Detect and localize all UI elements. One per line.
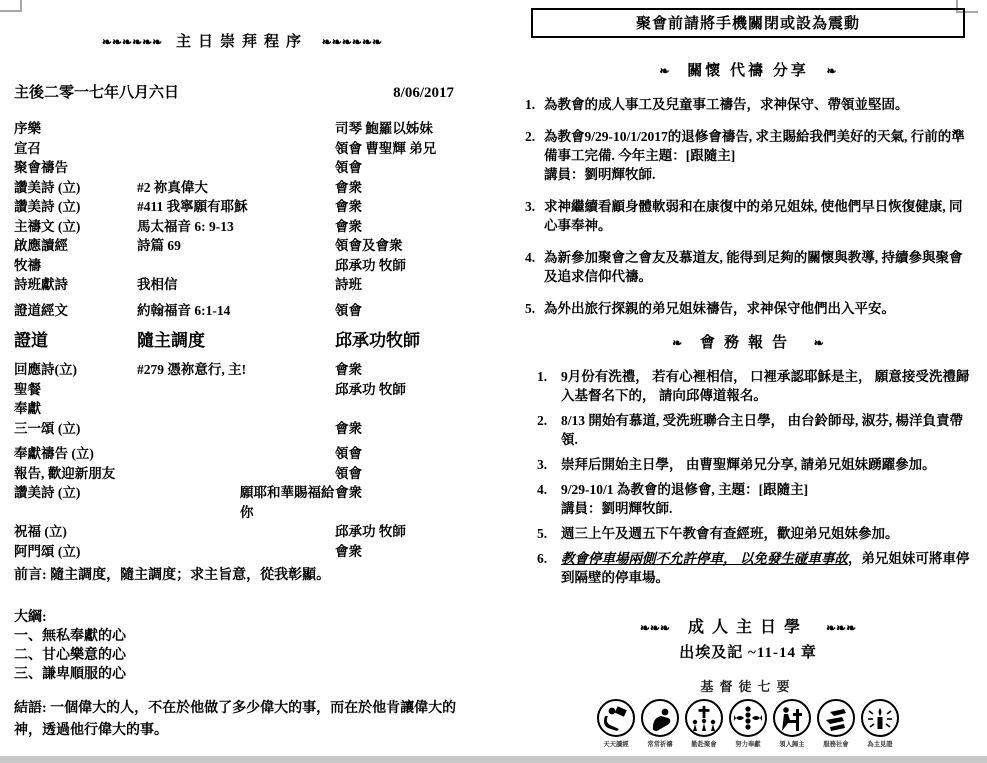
logo-icons-row: 天天讀經 常常祈禱 勤赴聚會: [525, 699, 971, 749]
program-detail: [137, 380, 335, 400]
program-row: 讚美詩 (立)#2 祢真偉大會衆: [14, 178, 470, 198]
item-text: 為教會9/29-10/1/2017的退修會禱告, 求主賜給我們美好的天氣, 行前…: [544, 127, 971, 184]
program-detail: [137, 119, 335, 139]
report-item: 2.8/13 開始有慕道, 受洗班聯合主日學， 由台鈴師母, 淑芬, 楊洋負責帶…: [525, 411, 971, 449]
item-number: 1.: [537, 367, 561, 405]
program-row: 聖餐邱承功 牧師: [14, 380, 470, 400]
item-text: 9/29-10/1 為教會的退修會, 主題：[跟隨主] 講員：劉明輝牧師.: [561, 480, 971, 518]
ornament-left: ❧: [672, 336, 682, 350]
bulletin-page: ❧❧❧❧❧❧ 主日崇拜程序 ❧❧❧❧❧❧ 主後二零一七年八月六日 8/06/20…: [0, 0, 987, 763]
window-bottom-edge: [0, 756, 987, 763]
christian-seven-essentials-logo: 基督徒七要 天天讀經 常常祈禱: [525, 676, 971, 749]
ornament-left: ❧❧❧❧❧❧: [102, 35, 162, 49]
item-text: 8/13 開始有慕道, 受洗班聯合主日學， 由台鈴師母, 淑芬, 楊洋負責帶領.: [561, 411, 971, 449]
program-item: 回應詩(立): [14, 360, 137, 380]
program-who: 領會及會衆: [335, 236, 470, 256]
outline-title: 大綱:: [14, 608, 470, 627]
item-text: 9月份有洗禮， 若有心裡相信， 口裡承認耶穌是主， 願意接受洗禮歸入基督名下的，…: [561, 367, 971, 405]
program-item: 讚美詩 (立): [14, 483, 137, 522]
logo-label: 天天讀經: [597, 740, 635, 749]
program-row: 序樂司琴 鮑羅以姊妹: [14, 119, 470, 139]
program-row: 奉獻: [14, 399, 470, 419]
logo-title: 基督徒七要: [525, 676, 971, 695]
sermon-foreword: 前言: 隨主調度，隨主調度；求主旨意，從我彰顯。: [14, 566, 470, 586]
program-item: 聖餐: [14, 380, 137, 400]
program-item: 宣召: [14, 139, 137, 159]
program-row: 阿門頌 (立)會衆: [14, 542, 470, 562]
logo-seal: 常常祈禱: [639, 699, 681, 749]
program-item: 牧禱: [14, 256, 137, 276]
program-item: 讚美詩 (立): [14, 178, 137, 198]
item-text: 為外出旅行探親的弟兄姐妹禱告，求神保守他們出入平安。: [544, 299, 971, 318]
outline-point: 一、無私奉獻的心: [14, 627, 470, 646]
read-bible-icon: [597, 699, 635, 737]
program-who: 會衆: [335, 197, 470, 217]
program-who: 會衆: [335, 178, 470, 198]
program-detail: 我相信: [137, 275, 335, 295]
ornament-left: ❧: [659, 64, 669, 78]
report-section-title: 會務報告: [700, 335, 796, 351]
program-detail: [137, 444, 335, 464]
page-title: ❧❧❧❧❧❧ 主日崇拜程序 ❧❧❧❧❧❧: [14, 30, 470, 51]
program-detail: #2 祢真偉大: [137, 178, 335, 198]
logo-label: 常常祈禱: [641, 740, 679, 749]
program-row: 讚美詩 (立)#411 我寧願有耶穌會衆: [14, 197, 470, 217]
program-who: 邱承功 牧師: [335, 256, 470, 276]
program-detail: [137, 399, 335, 419]
attend-meeting-icon: [685, 699, 723, 737]
program-row: 聚會禱告領會: [14, 158, 470, 178]
care-section-header: ❧ 關懷 代禱 分享 ❧: [525, 59, 971, 80]
date-chinese: 主後二零一七年八月六日: [14, 81, 179, 102]
program-row: 回應詩(立)#279 憑祢意行, 主!會衆: [14, 360, 470, 380]
item-text: 為教會的成人事工及兒童事工禱告，求神保守、帶領並堅固。: [544, 95, 971, 114]
program-detail: 約翰福音 6:1-14: [137, 301, 335, 321]
program-row: 奉獻禱告 (立)領會: [14, 444, 470, 464]
care-item: 3.求神繼續看顧身體軟弱和在康復中的弟兄姐妹, 使他們早日恢復健康, 同心事奉神…: [525, 197, 971, 235]
program-who: 會衆: [335, 483, 470, 522]
program-detail: [137, 158, 335, 178]
ornament-right: ❧: [827, 64, 837, 78]
program-row: 讚美詩 (立)願耶和華賜福給你會衆: [14, 483, 470, 522]
program-row: 宣召領會 曹聖輝 弟兄: [14, 139, 470, 159]
item-number: 5.: [537, 524, 561, 543]
logo-label: 為主見證: [861, 740, 899, 749]
program-detail: [137, 419, 335, 439]
program-detail: [137, 139, 335, 159]
program-who: 領會: [335, 444, 470, 464]
program-row-sermon: 證道隨主調度邱承功牧師: [14, 328, 470, 354]
page-title-text: 主日崇拜程序: [176, 34, 308, 50]
logo-seal: 服務社會: [815, 699, 857, 749]
program-detail: 馬太福音 6: 9-13: [137, 217, 335, 237]
program-item: 證道: [14, 328, 137, 354]
program-who: 領會: [335, 158, 470, 178]
program-who: 司琴 鮑羅以姊妹: [335, 119, 470, 139]
ornament-right: ❧: [814, 336, 824, 350]
report-item-parking: 6.教會停車場兩側不允許停車， 以免發生碰車事故，弟兄姐妹可將車停到隔壁的停車場…: [525, 549, 971, 587]
serve-society-icon: [817, 699, 855, 737]
program-who: 邱承功 牧師: [335, 380, 470, 400]
program-detail: [137, 542, 335, 562]
program-who: 邱承功 牧師: [335, 522, 470, 542]
program-who: 領會 曹聖輝 弟兄: [335, 139, 470, 159]
report-item: 4.9/29-10/1 為教會的退修會, 主題：[跟隨主] 講員：劉明輝牧師.: [525, 480, 971, 518]
program-row: 三一頌 (立)會衆: [14, 419, 470, 439]
announcements-column: 聚會前請將手機關閉或設為震動 ❧ 關懷 代禱 分享 ❧ 1.為教會的成人事工及兒…: [525, 8, 971, 749]
item-text: 崇拜后開始主日學， 由曹聖輝弟兄分享, 請弟兄姐妹踴躍參加。: [561, 455, 971, 474]
program-who: [335, 399, 470, 419]
program-item: 證道經文: [14, 301, 137, 321]
item-number: 1.: [525, 95, 544, 114]
program-row: 報告, 歡迎新朋友領會: [14, 464, 470, 484]
item-number: 4.: [525, 248, 544, 286]
program-detail: 隨主調度: [137, 328, 335, 354]
ornament-right: ❧❧❧: [826, 621, 856, 635]
item-number: 3.: [537, 455, 561, 474]
offering-icon: [729, 699, 767, 737]
program-detail: [137, 464, 335, 484]
ornament-right: ❧❧❧❧❧❧: [322, 35, 382, 49]
adult-sunday-school-block: ❧❧❧ 成人主日學 ❧❧❧ 出埃及記 ~11-14 章: [525, 614, 971, 662]
program-row: 啟應讀經詩篇 69領會及會衆: [14, 236, 470, 256]
item-number: 2.: [537, 411, 561, 449]
item-text: 為新參加聚會之會友及慕道友, 能得到足夠的關懷與教導, 持續參與聚會及追求信仰代…: [544, 248, 971, 286]
program-row: 證道經文約翰福音 6:1-14領會: [14, 301, 470, 321]
program-item: 報告, 歡迎新朋友: [14, 464, 137, 484]
logo-seal: 為主見證: [859, 699, 901, 749]
parking-warning-emphasis: 教會停車場兩側不允許停車， 以免發生碰車事故: [561, 551, 848, 566]
program-row: 詩班獻詩我相信詩班: [14, 275, 470, 295]
date-numeric: 8/06/2017: [393, 85, 454, 102]
item-number: 4.: [537, 480, 561, 518]
adult-school-header: ❧❧❧ 成人主日學 ❧❧❧: [525, 614, 971, 637]
item-text: 教會停車場兩側不允許停車， 以免發生碰車事故，弟兄姐妹可將車停到隔壁的停車場。: [561, 549, 971, 587]
report-item: 1.9月份有洗禮， 若有心裡相信， 口裡承認耶穌是主， 願意接受洗禮歸入基督名下…: [525, 367, 971, 405]
pray-icon: [641, 699, 679, 737]
program-row: 牧禱邱承功 牧師: [14, 256, 470, 276]
program-who: 詩班: [335, 275, 470, 295]
page-corner-mark-left: [0, 0, 22, 12]
program-detail: #279 憑祢意行, 主!: [137, 360, 335, 380]
care-list: 1.為教會的成人事工及兒童事工禱告，求神保守、帶領並堅固。 2.為教會9/29-…: [525, 95, 971, 318]
report-section-header: ❧ 會務報告 ❧: [525, 331, 971, 352]
adult-school-title: 成人主日學: [688, 619, 808, 636]
sermon-conclusion: 結語: 一個偉大的人，不在於他做了多少偉大的事，而在於他肯讓偉大的神，透過他行偉…: [14, 698, 470, 742]
program-row: 祝福 (立)邱承功 牧師: [14, 522, 470, 542]
program-who: 會衆: [335, 542, 470, 562]
program-detail: [137, 256, 335, 276]
program-item: 阿門頌 (立): [14, 542, 137, 562]
item-number: 5.: [525, 299, 544, 318]
ornament-left: ❧❧❧: [640, 621, 670, 635]
date-row: 主後二零一七年八月六日 8/06/2017: [14, 81, 470, 102]
item-text: 週三上午及週五下午教會有查經班，歡迎弟兄姐妹參加。: [561, 524, 971, 543]
program-item: 奉獻禱告 (立): [14, 444, 137, 464]
program-who: 會衆: [335, 360, 470, 380]
lead-to-christ-icon: [773, 699, 811, 737]
program-item: 詩班獻詩: [14, 275, 137, 295]
program-detail: [137, 522, 335, 542]
program-item: 讚美詩 (立): [14, 197, 137, 217]
care-item: 5.為外出旅行探親的弟兄姐妹禱告，求神保守他們出入平安。: [525, 299, 971, 318]
witness-icon: [861, 699, 899, 737]
program-detail: 願耶和華賜福給你: [137, 483, 335, 522]
outline-point: 三、謙卑順服的心: [14, 665, 470, 684]
logo-label: 領人歸主: [773, 740, 811, 749]
program-item: 啟應讀經: [14, 236, 137, 256]
adult-school-scripture: 出埃及記 ~11-14 章: [525, 641, 971, 662]
outline-point: 二、甘心樂意的心: [14, 646, 470, 665]
logo-label: 努力奉獻: [729, 740, 767, 749]
report-list: 1.9月份有洗禮， 若有心裡相信， 口裡承認耶穌是主， 願意接受洗禮歸入基督名下…: [525, 367, 971, 587]
phone-notice-box: 聚會前請將手機關閉或設為震動: [531, 8, 965, 38]
item-number: 2.: [525, 127, 544, 184]
program-detail: 詩篇 69: [137, 236, 335, 256]
logo-seal: 努力奉獻: [727, 699, 769, 749]
program-who: 領會: [335, 464, 470, 484]
logo-label: 服務社會: [817, 740, 855, 749]
logo-seal: 勤赴聚會: [683, 699, 725, 749]
item-number: 3.: [525, 197, 544, 235]
item-text: 求神繼續看顧身體軟弱和在康復中的弟兄姐妹, 使他們早日恢復健康, 同心事奉神。: [544, 197, 971, 235]
program-item: 主禱文 (立): [14, 217, 137, 237]
program-item: 聚會禱告: [14, 158, 137, 178]
program-item: 祝福 (立): [14, 522, 137, 542]
worship-order-column: ❧❧❧❧❧❧ 主日崇拜程序 ❧❧❧❧❧❧ 主後二零一七年八月六日 8/06/20…: [14, 30, 470, 742]
program-who: 會衆: [335, 217, 470, 237]
program-who: 會衆: [335, 419, 470, 439]
logo-seal: 天天讀經: [595, 699, 637, 749]
report-item: 5.週三上午及週五下午教會有查經班，歡迎弟兄姐妹參加。: [525, 524, 971, 543]
report-item: 3.崇拜后開始主日學， 由曹聖輝弟兄分享, 請弟兄姐妹踴躍參加。: [525, 455, 971, 474]
item-number: 6.: [537, 549, 561, 587]
program-detail: #411 我寧願有耶穌: [137, 197, 335, 217]
logo-label: 勤赴聚會: [685, 740, 723, 749]
care-item: 2.為教會9/29-10/1/2017的退修會禱告, 求主賜給我們美好的天氣, …: [525, 127, 971, 184]
care-item: 4.為新參加聚會之會友及慕道友, 能得到足夠的關懷與教導, 持續參與聚會及追求信…: [525, 248, 971, 286]
program-item: 奉獻: [14, 399, 137, 419]
program-row: 主禱文 (立)馬太福音 6: 9-13會衆: [14, 217, 470, 237]
care-item: 1.為教會的成人事工及兒童事工禱告，求神保守、帶領並堅固。: [525, 95, 971, 114]
program-item: 三一頌 (立): [14, 419, 137, 439]
program-item: 序樂: [14, 119, 137, 139]
program-table: 序樂司琴 鮑羅以姊妹 宣召領會 曹聖輝 弟兄 聚會禱告領會 讚美詩 (立)#2 …: [14, 119, 470, 561]
program-who: 邱承功牧師: [335, 328, 470, 354]
program-who: 領會: [335, 301, 470, 321]
care-section-title: 關懷 代禱 分享: [687, 63, 809, 79]
logo-seal: 領人歸主: [771, 699, 813, 749]
